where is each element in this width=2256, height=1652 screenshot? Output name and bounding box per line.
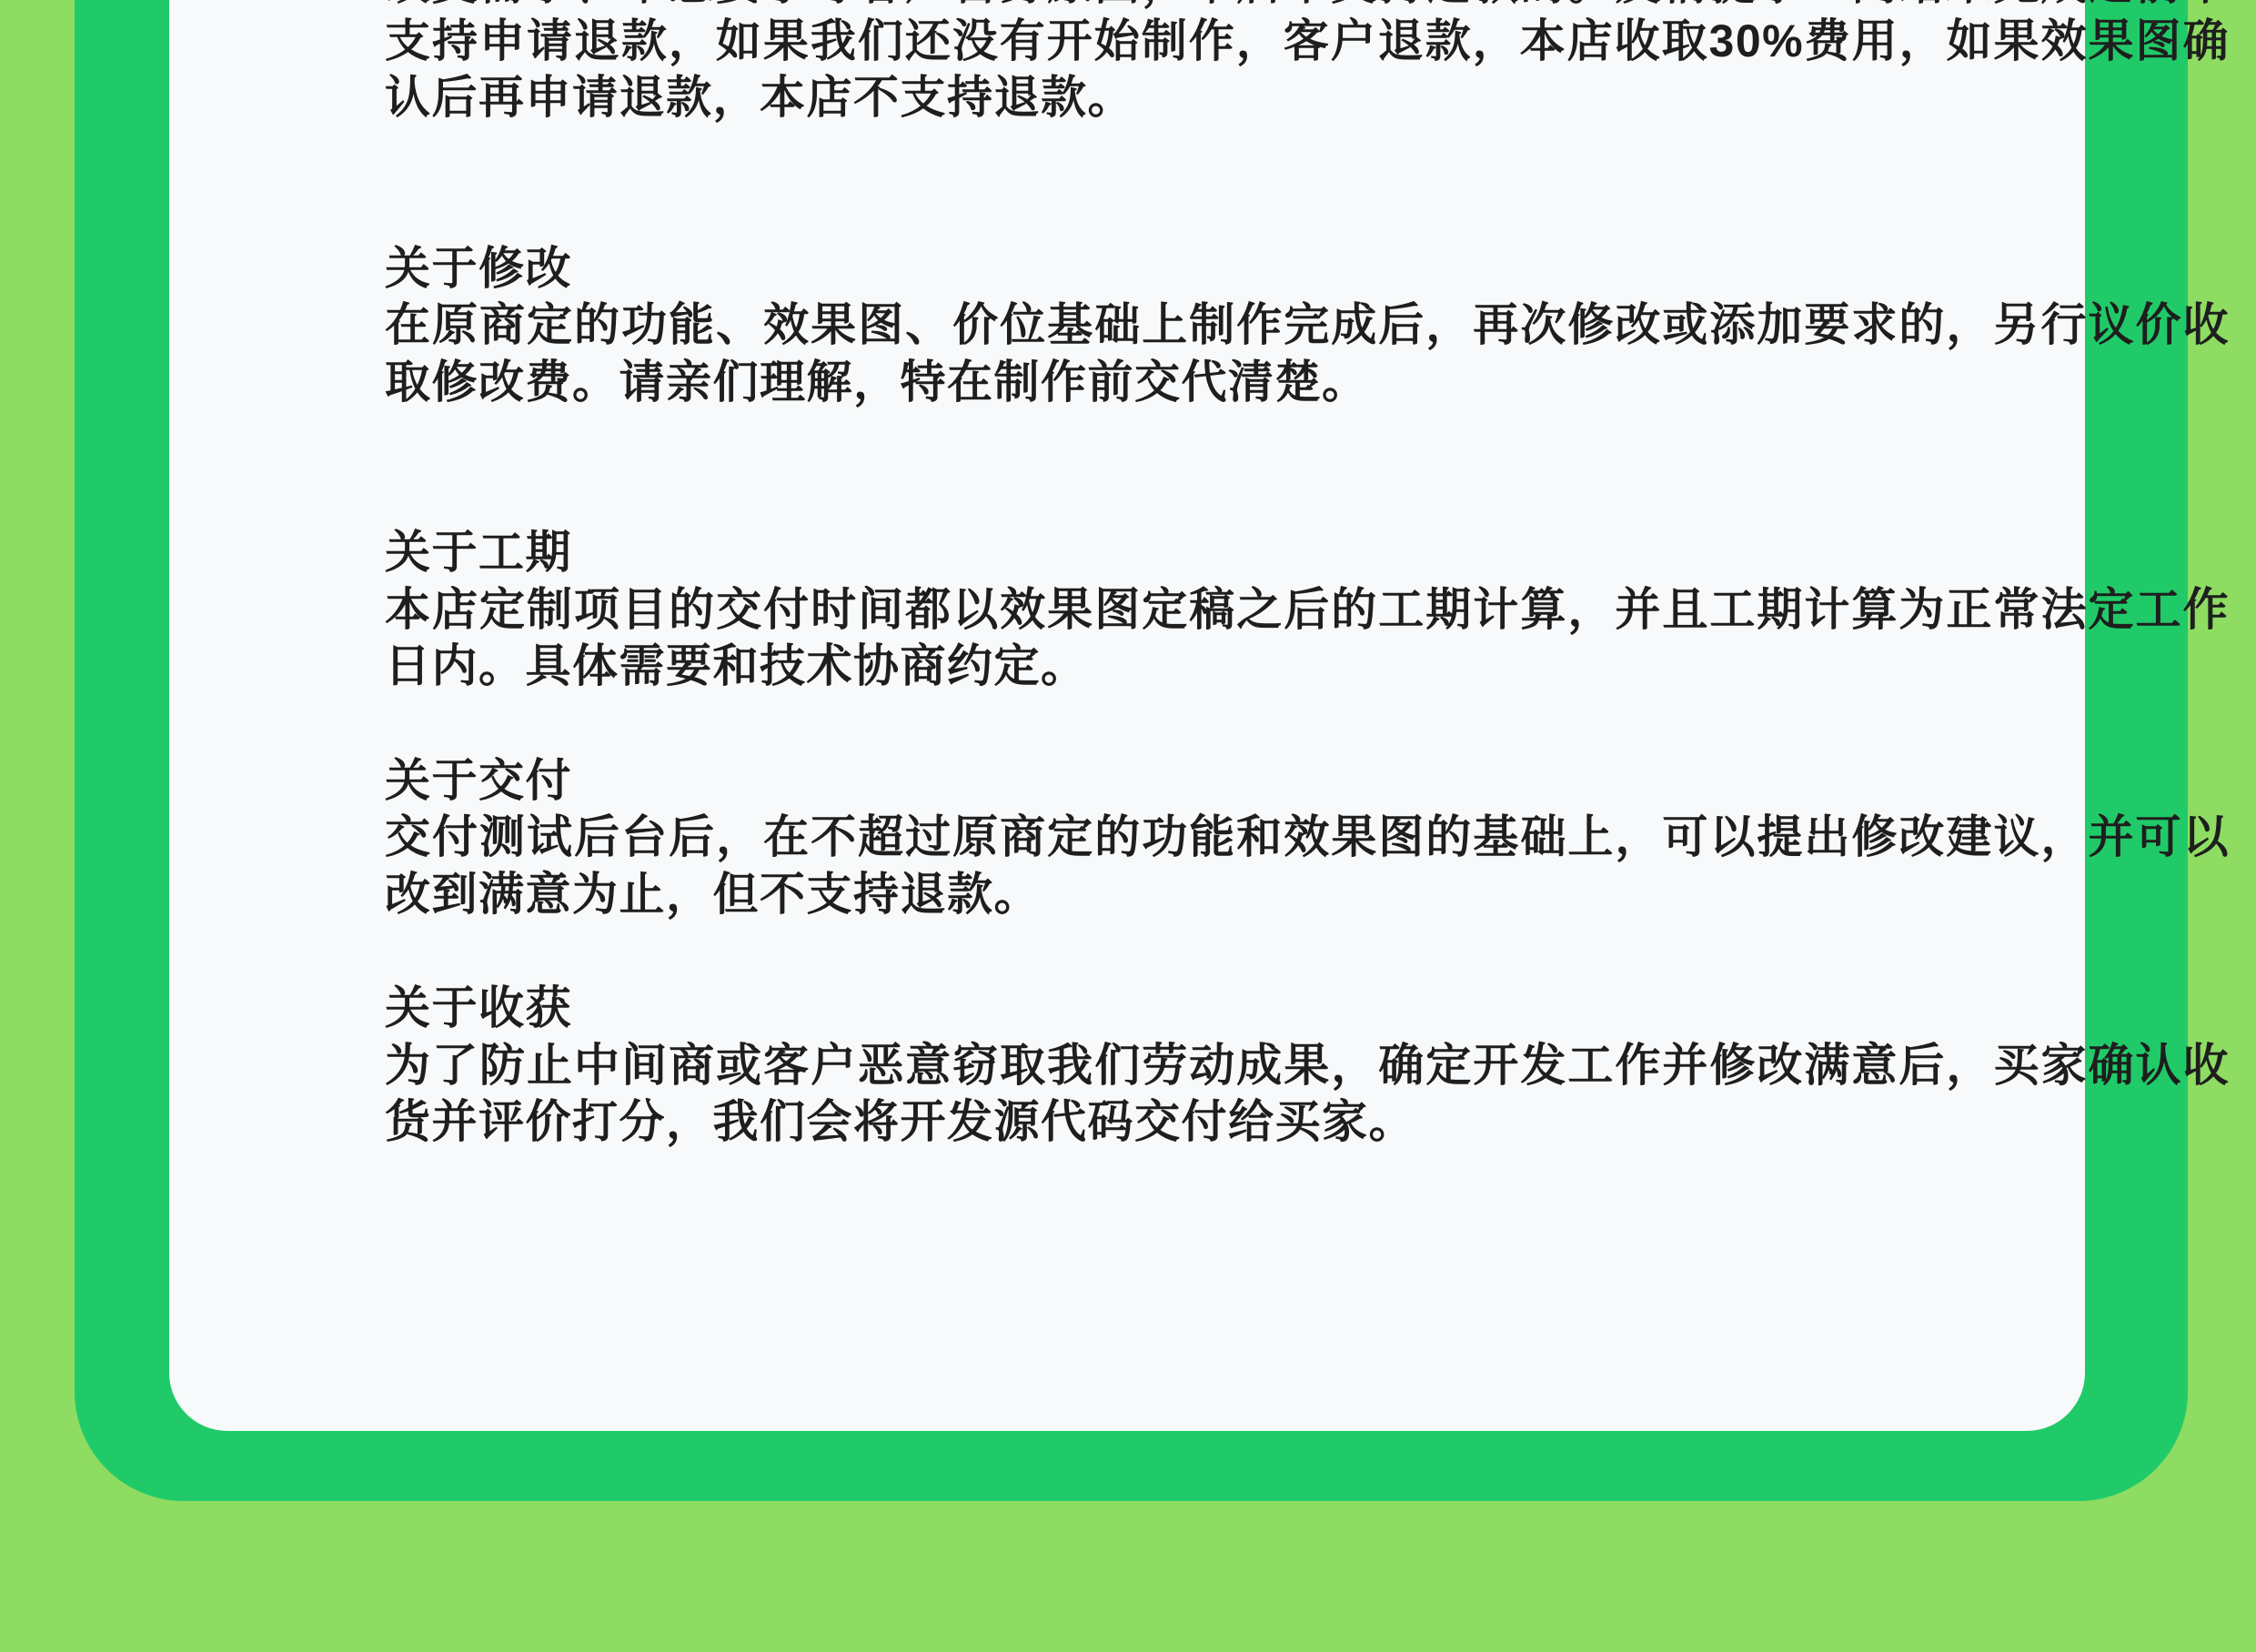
notice-page: 由于网站开发搭建属于特殊服务行业，所有的开发工程都需要大量人工劳动成本，网站开发… <box>0 0 2256 1652</box>
white-notice-card: 由于网站开发搭建属于特殊服务行业，所有的开发工程都需要大量人工劳动成本，网站开发… <box>169 0 2085 1431</box>
section-title-receipt: 关于收获 <box>385 980 2230 1037</box>
section-about-receipt: 关于收获 为了防止中间商或客户恶意窃取我们劳动成果，确定开发工作并修改满意后，买… <box>385 980 2230 1151</box>
notice-text-column: 由于网站开发搭建属于特殊服务行业，所有的开发工程都需要大量人工劳动成本，网站开发… <box>385 0 2230 1151</box>
section-body-schedule: 本店定制项目的交付时间都以效果图定稿之后的工期计算，并且工期计算为正常法定工作日… <box>385 581 2230 695</box>
section-title-delivery: 关于交付 <box>385 752 2230 810</box>
section-body-modification: 在原商定的功能、效果图、价位基础上制作完成后，再次修改或添加要求的，另行议价收取… <box>385 297 2230 410</box>
section-about-delivery: 关于交付 交付测试后台后，在不超过原商定的功能和效果图的基础上，可以提出修改建议… <box>385 752 2230 923</box>
section-about-modification: 关于修改 在原商定的功能、效果图、价位基础上制作完成后，再次修改或添加要求的，另… <box>385 240 2230 411</box>
section-title-modification: 关于修改 <box>385 240 2230 297</box>
section-body-delivery: 交付测试后台后，在不超过原商定的功能和效果图的基础上，可以提出修改建议，并可以改… <box>385 809 2230 922</box>
section-body-receipt: 为了防止中间商或客户恶意窃取我们劳动成果，确定开发工作并修改满意后，买家确认收货… <box>385 1037 2230 1151</box>
section-title-schedule: 关于工期 <box>385 524 2230 581</box>
refund-policy-intro-paragraph: 由于网站开发搭建属于特殊服务行业，所有的开发工程都需要大量人工劳动成本，网站开发… <box>385 0 2230 126</box>
section-about-schedule: 关于工期 本店定制项目的交付时间都以效果图定稿之后的工期计算，并且工期计算为正常… <box>385 524 2230 695</box>
